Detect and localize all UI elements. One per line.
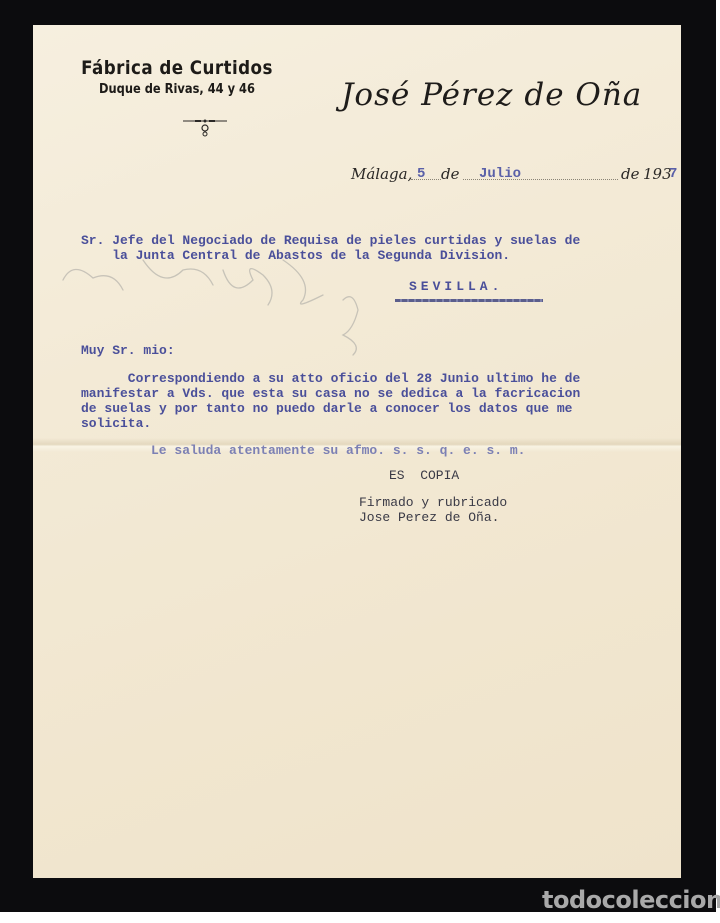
body-line: de suelas y por tanto no puedo darle a c… xyxy=(81,401,572,416)
date-year-typed: 7 xyxy=(669,166,677,182)
dotted-rule xyxy=(411,179,441,180)
copy-mark: ES COPIA xyxy=(389,468,459,483)
date-day: 5 xyxy=(417,166,425,182)
closing-line: Le saluda atentamente su afmo. s. s. q. … xyxy=(151,443,525,458)
body-line: solicita. xyxy=(81,416,151,431)
date-de: de xyxy=(621,165,639,183)
watermark-text: todocoleccion xyxy=(542,886,720,914)
signature-line: Firmado y rubricado xyxy=(359,495,507,510)
date-place: Málaga, xyxy=(351,165,412,183)
date-de: de xyxy=(441,165,459,183)
city-underline xyxy=(395,299,543,302)
ornament-icon xyxy=(183,115,227,139)
addressee-block: Sr. Jefe del Negociado de Requisa de pie… xyxy=(81,233,580,263)
date-month: Julio xyxy=(479,166,521,182)
signature-block: Firmado y rubricado Jose Perez de Oña. xyxy=(359,495,507,525)
destination-city: SEVILLA. xyxy=(409,279,503,294)
date-year-printed: 193 xyxy=(643,165,672,183)
addressee-line: Sr. Jefe del Negociado de Requisa de pie… xyxy=(81,233,580,248)
company-name: Fábrica de Curtidos xyxy=(80,57,274,79)
body-line: manifestar a Vds. que esta su casa no se… xyxy=(81,386,580,401)
company-address: Duque de Rivas, 44 y 46 xyxy=(80,82,274,97)
letter-body: Correspondiendo a su atto oficio del 28 … xyxy=(81,371,580,431)
letter-paper: Fábrica de Curtidos Duque de Rivas, 44 y… xyxy=(33,25,681,878)
body-line: Correspondiendo a su atto oficio del 28 … xyxy=(81,371,580,386)
addressee-line: la Junta Central de Abastos de la Segund… xyxy=(81,248,510,263)
salutation: Muy Sr. mio: xyxy=(81,343,175,358)
letterhead-company: Fábrica de Curtidos Duque de Rivas, 44 y… xyxy=(67,57,287,97)
dateline: Málaga, 5 de Julio de 193 7 xyxy=(351,165,671,183)
owner-name: José Pérez de Oña xyxy=(341,77,642,113)
signature-line: Jose Perez de Oña. xyxy=(359,510,499,525)
